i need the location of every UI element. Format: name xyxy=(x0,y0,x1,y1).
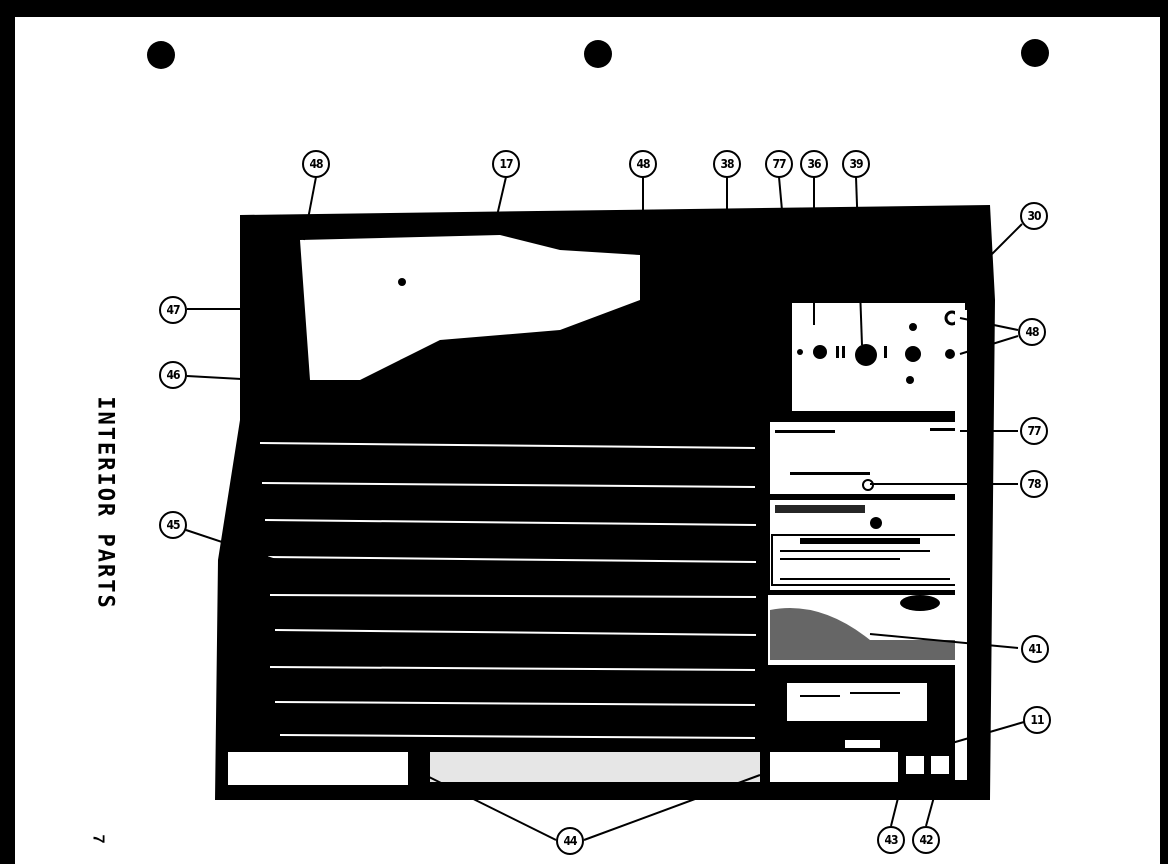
callout-label: 48 xyxy=(636,157,649,171)
callout-46: 46 xyxy=(159,361,187,389)
callout-48: 48 xyxy=(1018,318,1046,346)
callout-44: 44 xyxy=(556,827,584,855)
callout-48: 48 xyxy=(302,150,330,178)
callout-label: 47 xyxy=(166,303,179,317)
callout-47: 47 xyxy=(159,296,187,324)
callout-label: 45 xyxy=(166,518,179,532)
callout-label: 46 xyxy=(166,368,179,382)
unit-photo xyxy=(0,0,1168,864)
callout-30: 30 xyxy=(1020,202,1048,230)
callout-78: 78 xyxy=(1020,470,1048,498)
callout-77: 77 xyxy=(765,150,793,178)
callout-41: 41 xyxy=(1021,635,1049,663)
callout-42: 42 xyxy=(912,826,940,854)
callout-38: 38 xyxy=(713,150,741,178)
callout-label: 11 xyxy=(1030,713,1043,727)
callout-label: 43 xyxy=(884,833,897,847)
callout-label: 48 xyxy=(1025,325,1038,339)
callout-11: 11 xyxy=(1023,706,1051,734)
callout-label: 42 xyxy=(919,833,932,847)
callout-17: 17 xyxy=(492,150,520,178)
callout-label: 78 xyxy=(1027,477,1040,491)
callout-77: 77 xyxy=(1020,417,1048,445)
callout-label: 39 xyxy=(849,157,862,171)
callout-label: 17 xyxy=(499,157,512,171)
callout-label: 38 xyxy=(720,157,733,171)
callout-label: 77 xyxy=(1027,424,1040,438)
callout-label: 41 xyxy=(1028,642,1041,656)
callout-label: 48 xyxy=(309,157,322,171)
callout-45: 45 xyxy=(159,511,187,539)
callout-43: 43 xyxy=(877,826,905,854)
callout-label: 36 xyxy=(807,157,820,171)
callout-label: 77 xyxy=(772,157,785,171)
callout-label: 30 xyxy=(1027,209,1040,223)
callout-48: 48 xyxy=(629,150,657,178)
callout-36: 36 xyxy=(800,150,828,178)
callout-39: 39 xyxy=(842,150,870,178)
callout-label: 44 xyxy=(563,834,576,848)
